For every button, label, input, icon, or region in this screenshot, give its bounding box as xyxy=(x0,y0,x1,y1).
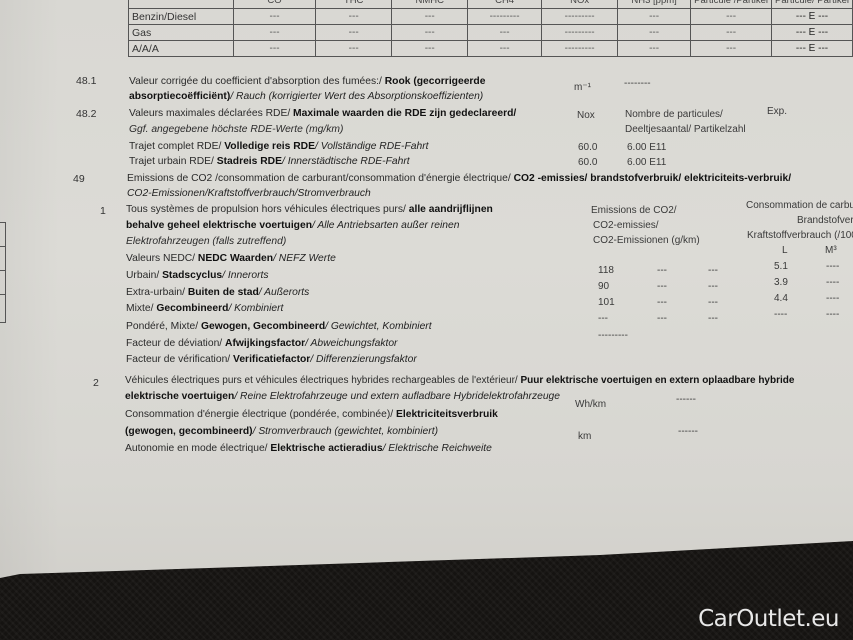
nedc-value-l: ---- xyxy=(774,309,787,320)
section-48-2-line1: Valeurs maximales déclarées RDE/ Maximal… xyxy=(129,107,516,120)
text-de: / Differenzierungsfaktor xyxy=(310,354,416,365)
text-nl: Volledige reis RDE xyxy=(224,141,315,152)
row-label: A/A/A xyxy=(129,41,234,57)
col-header-particles: Nombre de particules/ xyxy=(625,109,723,120)
col-header-exp: Exp. xyxy=(767,106,787,117)
cell: --- xyxy=(315,41,392,57)
pn-value: 6.00 E11 xyxy=(627,157,666,168)
section-48-1-line1: Valeur corrigée du coefficient d'absorpt… xyxy=(129,75,485,88)
header-cell: NMHC xyxy=(392,0,468,9)
section-49-line1: Emissions de CO2 /consommation de carbur… xyxy=(127,172,791,185)
col-header-particles-2: Deeltjesaantal/ Partikelzahl xyxy=(625,124,746,135)
cell: --- xyxy=(392,41,468,57)
nedc-row-label: Mixte/ Gecombineerd/ Kombiniert xyxy=(126,302,283,315)
text-fr: Autonomie en mode électrique/ xyxy=(125,443,270,454)
electric-consumption-2: (gewogen, gecombineerd)/ Stromverbrauch … xyxy=(125,425,438,438)
text-fr: Véhicules électriques purs et véhicules … xyxy=(125,375,520,386)
unit: km xyxy=(578,431,591,442)
cell: --- xyxy=(618,25,691,41)
nedc-value-co2: --------- xyxy=(598,330,628,341)
sub2-line1: Véhicules électriques purs et véhicules … xyxy=(125,374,794,387)
co2-header: CO2-Emissionen (g/km) xyxy=(593,235,700,246)
text-nl: Maximale waarden die RDE zijn gedeclaree… xyxy=(293,108,516,119)
nedc-value-l: 5.1 xyxy=(774,261,788,272)
sub1-line3: Elektrofahrzeugen (falls zutreffend) xyxy=(126,235,286,248)
text-nl: Puur elektrische voertuigen en extern op… xyxy=(520,375,794,386)
sub2-line2: elektrische voertuigen/ Reine Elektrofah… xyxy=(125,390,560,403)
nedc-value-m3: ---- xyxy=(826,309,839,320)
text-nl: absorptiecoëfficiënt) xyxy=(129,91,230,102)
electric-range: Autonomie en mode électrique/ Elektrisch… xyxy=(125,442,492,455)
cell: --- xyxy=(392,9,468,25)
table-row: A/A/A --- --- --- --- --------- --- --- … xyxy=(129,41,853,57)
text-nl: alle aandrijflijnen xyxy=(409,204,493,215)
nox-value: 60.0 xyxy=(578,157,597,168)
fuel-header: Brandstofverbruik/ xyxy=(797,215,853,226)
fuel-header: Consommation de carburant/ xyxy=(746,200,853,211)
nedc-value-m3: ---- xyxy=(826,293,839,304)
unit: m⁻¹ xyxy=(574,82,591,93)
text-de: / Alle Antriebsarten außer reinen xyxy=(312,220,459,231)
section-number: 48.1 xyxy=(76,75,96,88)
emissions-table: CO THC NMHC CH4 NOx NH3 [ppm] Particule … xyxy=(128,0,853,57)
nedc-value-m3: ---- xyxy=(826,261,839,272)
table-row: Gas --- --- --- --- --------- --- --- --… xyxy=(129,25,853,41)
nedc-row-label: Facteur de déviation/ Afwijkingsfactor/ … xyxy=(126,337,397,350)
text-fr: Valeur corrigée du coefficient d'absorpt… xyxy=(129,76,385,87)
text-nl: Rook (gecorrigeerde xyxy=(385,76,486,87)
subsection-number: 2 xyxy=(93,377,99,390)
text-fr: Mixte/ xyxy=(126,303,156,314)
emissions-table-header: CO THC NMHC CH4 NOx NH3 [ppm] Particule … xyxy=(129,0,853,9)
fuel-header: Kraftstoffverbrauch (/100 km) xyxy=(747,230,853,241)
text-nl: Stadscyclus xyxy=(162,270,222,281)
text-nl: Elektriciteitsverbruik xyxy=(396,409,498,420)
text-nl: behalve geheel elektrische voertuigen xyxy=(126,220,312,231)
col-header-nox: Nox xyxy=(577,110,595,121)
pn-value: 6.00 E11 xyxy=(627,142,666,153)
text-fr: Facteur de déviation/ xyxy=(126,338,225,349)
electric-consumption: Consommation d'énergie électrique (pondé… xyxy=(125,408,498,421)
cell: --- xyxy=(234,9,316,25)
nedc-value-m3: ---- xyxy=(826,277,839,288)
header-cell: Particule/ Partikel xyxy=(772,0,853,9)
text-fr: Trajet complet RDE/ xyxy=(129,141,224,152)
nedc-header: Valeurs NEDC/ NEDC Waarden/ NEFZ Werte xyxy=(126,252,336,265)
header-cell xyxy=(129,0,234,9)
cell: --------- xyxy=(542,9,618,25)
text-nl: Gecombineerd xyxy=(156,303,228,314)
cell: --- xyxy=(234,41,316,57)
cell: --- xyxy=(467,41,541,57)
text-nl: (gewogen, gecombineerd) xyxy=(125,426,253,437)
cell: --------- xyxy=(542,25,618,41)
nedc-value-co2: 90 xyxy=(598,281,609,292)
value: ------ xyxy=(678,426,698,437)
co2-header: Emissions de CO2/ xyxy=(591,205,677,216)
text-fr: Urbain/ xyxy=(126,270,162,281)
text-nl: Stadreis RDE xyxy=(217,156,282,167)
text-nl: Verificatiefactor xyxy=(233,354,310,365)
section-number: 48.2 xyxy=(76,108,96,121)
cell: --- xyxy=(691,25,772,41)
text-de: / Vollständige RDE-Fahrt xyxy=(315,141,429,152)
co2-header: CO2-emissies/ xyxy=(593,220,659,231)
cell: --- xyxy=(234,25,316,41)
cell: --- xyxy=(691,9,772,25)
text-nl: elektrische voertuigen xyxy=(125,391,234,402)
value: ------ xyxy=(676,394,696,405)
nedc-value-l: 3.9 xyxy=(774,277,788,288)
text-de: / NEFZ Werte xyxy=(273,253,336,264)
nedc-value-c3: --- xyxy=(708,265,718,276)
nedc-value-c3: --- xyxy=(708,313,718,324)
nedc-value-c2: --- xyxy=(657,297,667,308)
text-nl: Gewogen, Gecombineerd xyxy=(201,321,325,332)
nedc-value-co2: --- xyxy=(598,313,608,324)
text-fr: Pondéré, Mixte/ xyxy=(126,321,201,332)
cell: --------- xyxy=(467,9,541,25)
value: -------- xyxy=(624,78,651,89)
header-cell: Particule /Partikel xyxy=(691,0,772,9)
nedc-value-c3: --- xyxy=(708,281,718,292)
nox-value: 60.0 xyxy=(578,142,597,153)
text-de: / Innerorts xyxy=(222,270,268,281)
cell: --- E --- xyxy=(772,25,853,41)
text-fr: Valeurs maximales déclarées RDE/ xyxy=(129,108,293,119)
text-nl: Buiten de stad xyxy=(188,287,259,298)
watermark-logo: CarOutlet.eu xyxy=(698,606,839,632)
cell: --- E --- xyxy=(772,41,853,57)
nedc-value-c2: --- xyxy=(657,313,667,324)
unit-m3: M³ xyxy=(825,245,837,256)
text-fr: Facteur de vérification/ xyxy=(126,354,233,365)
nedc-value-co2: 101 xyxy=(598,297,615,308)
text-fr: Trajet urbain RDE/ xyxy=(129,156,217,167)
cell: --- xyxy=(315,9,392,25)
text-nl: Afwijkingsfactor xyxy=(225,338,305,349)
nedc-value-l: 4.4 xyxy=(774,293,788,304)
sub1-line2: behalve geheel elektrische voertuigen/ A… xyxy=(126,219,459,232)
subsection-number: 1 xyxy=(100,205,106,218)
partial-table-edge xyxy=(0,222,6,323)
header-cell: CO xyxy=(234,0,316,9)
text-de: / Außerorts xyxy=(259,287,310,298)
section-49-line2: CO2-Emissionen/Kraftstoffverbrauch/Strom… xyxy=(127,187,371,200)
text-de: / Kombiniert xyxy=(228,303,283,314)
text-de: / Innerstädtische RDE-Fahrt xyxy=(282,156,410,167)
text-nl: CO2 -emissies/ brandstofverbruik/ elektr… xyxy=(514,173,792,184)
text-de: / Abweichungsfaktor xyxy=(305,338,397,349)
cell: --- xyxy=(392,25,468,41)
text-fr: Emissions de CO2 /consommation de carbur… xyxy=(127,173,514,184)
cell: --- xyxy=(467,25,541,41)
nedc-row-label: Facteur de vérification/ Verificatiefact… xyxy=(126,353,417,366)
text-fr: Valeurs NEDC/ xyxy=(126,253,198,264)
nedc-row-label: Pondéré, Mixte/ Gewogen, Gecombineerd/ G… xyxy=(126,320,432,333)
header-cell: THC xyxy=(315,0,392,9)
rde-row: Trajet complet RDE/ Volledige reis RDE/ … xyxy=(129,140,429,153)
text-fr: Consommation d'énergie électrique (pondé… xyxy=(125,409,396,420)
text-nl: Elektrische actieradius xyxy=(270,443,382,454)
header-cell: NH3 [ppm] xyxy=(618,0,691,9)
cell: --- xyxy=(618,9,691,25)
text-de: / Stromverbrauch (gewichtet, kombiniert) xyxy=(253,426,438,437)
nedc-value-c3: --- xyxy=(708,297,718,308)
document-page: CO THC NMHC CH4 NOx NH3 [ppm] Particule … xyxy=(0,0,853,640)
text-fr: Extra-urbain/ xyxy=(126,287,188,298)
rde-row: Trajet urbain RDE/ Stadreis RDE/ Innerst… xyxy=(129,155,410,168)
text-de: / Rauch (korrigierter Wert des Absorptio… xyxy=(230,91,483,102)
text-fr: Tous systèmes de propulsion hors véhicul… xyxy=(126,204,409,215)
header-cell: NOx xyxy=(542,0,618,9)
section-48-1-line2: absorptiecoëfficiënt)/ Rauch (korrigiert… xyxy=(129,90,483,103)
page-shade xyxy=(0,0,60,578)
cell: --- xyxy=(315,25,392,41)
nedc-value-c2: --- xyxy=(657,281,667,292)
cell: --- E --- xyxy=(772,9,853,25)
text-de: / Reine Elektrofahrzeuge und extern aufl… xyxy=(234,391,560,402)
text-de: / Gewichtet, Kombiniert xyxy=(325,321,431,332)
nedc-value-c2: --- xyxy=(657,265,667,276)
row-label: Gas xyxy=(129,25,234,41)
cell: --------- xyxy=(542,41,618,57)
header-cell: CH4 xyxy=(467,0,541,9)
row-label: Benzin/Diesel xyxy=(129,9,234,25)
unit-l: L xyxy=(782,245,788,256)
cell: --- xyxy=(691,41,772,57)
cell: --- xyxy=(618,41,691,57)
section-number: 49 xyxy=(73,173,85,186)
text-de: / Elektrische Reichweite xyxy=(383,443,492,454)
nedc-row-label: Extra-urbain/ Buiten de stad/ Außerorts xyxy=(126,286,309,299)
text-nl: NEDC Waarden xyxy=(198,253,273,264)
nedc-row-label: Urbain/ Stadscyclus/ Innerorts xyxy=(126,269,269,282)
unit: Wh/km xyxy=(575,399,606,410)
nedc-value-co2: 118 xyxy=(598,265,614,276)
section-48-2-line2: Ggf. angegebene höchste RDE-Werte (mg/km… xyxy=(129,123,343,136)
sub1-line1: Tous systèmes de propulsion hors véhicul… xyxy=(126,203,493,216)
table-row: Benzin/Diesel --- --- --- --------- ----… xyxy=(129,9,853,25)
